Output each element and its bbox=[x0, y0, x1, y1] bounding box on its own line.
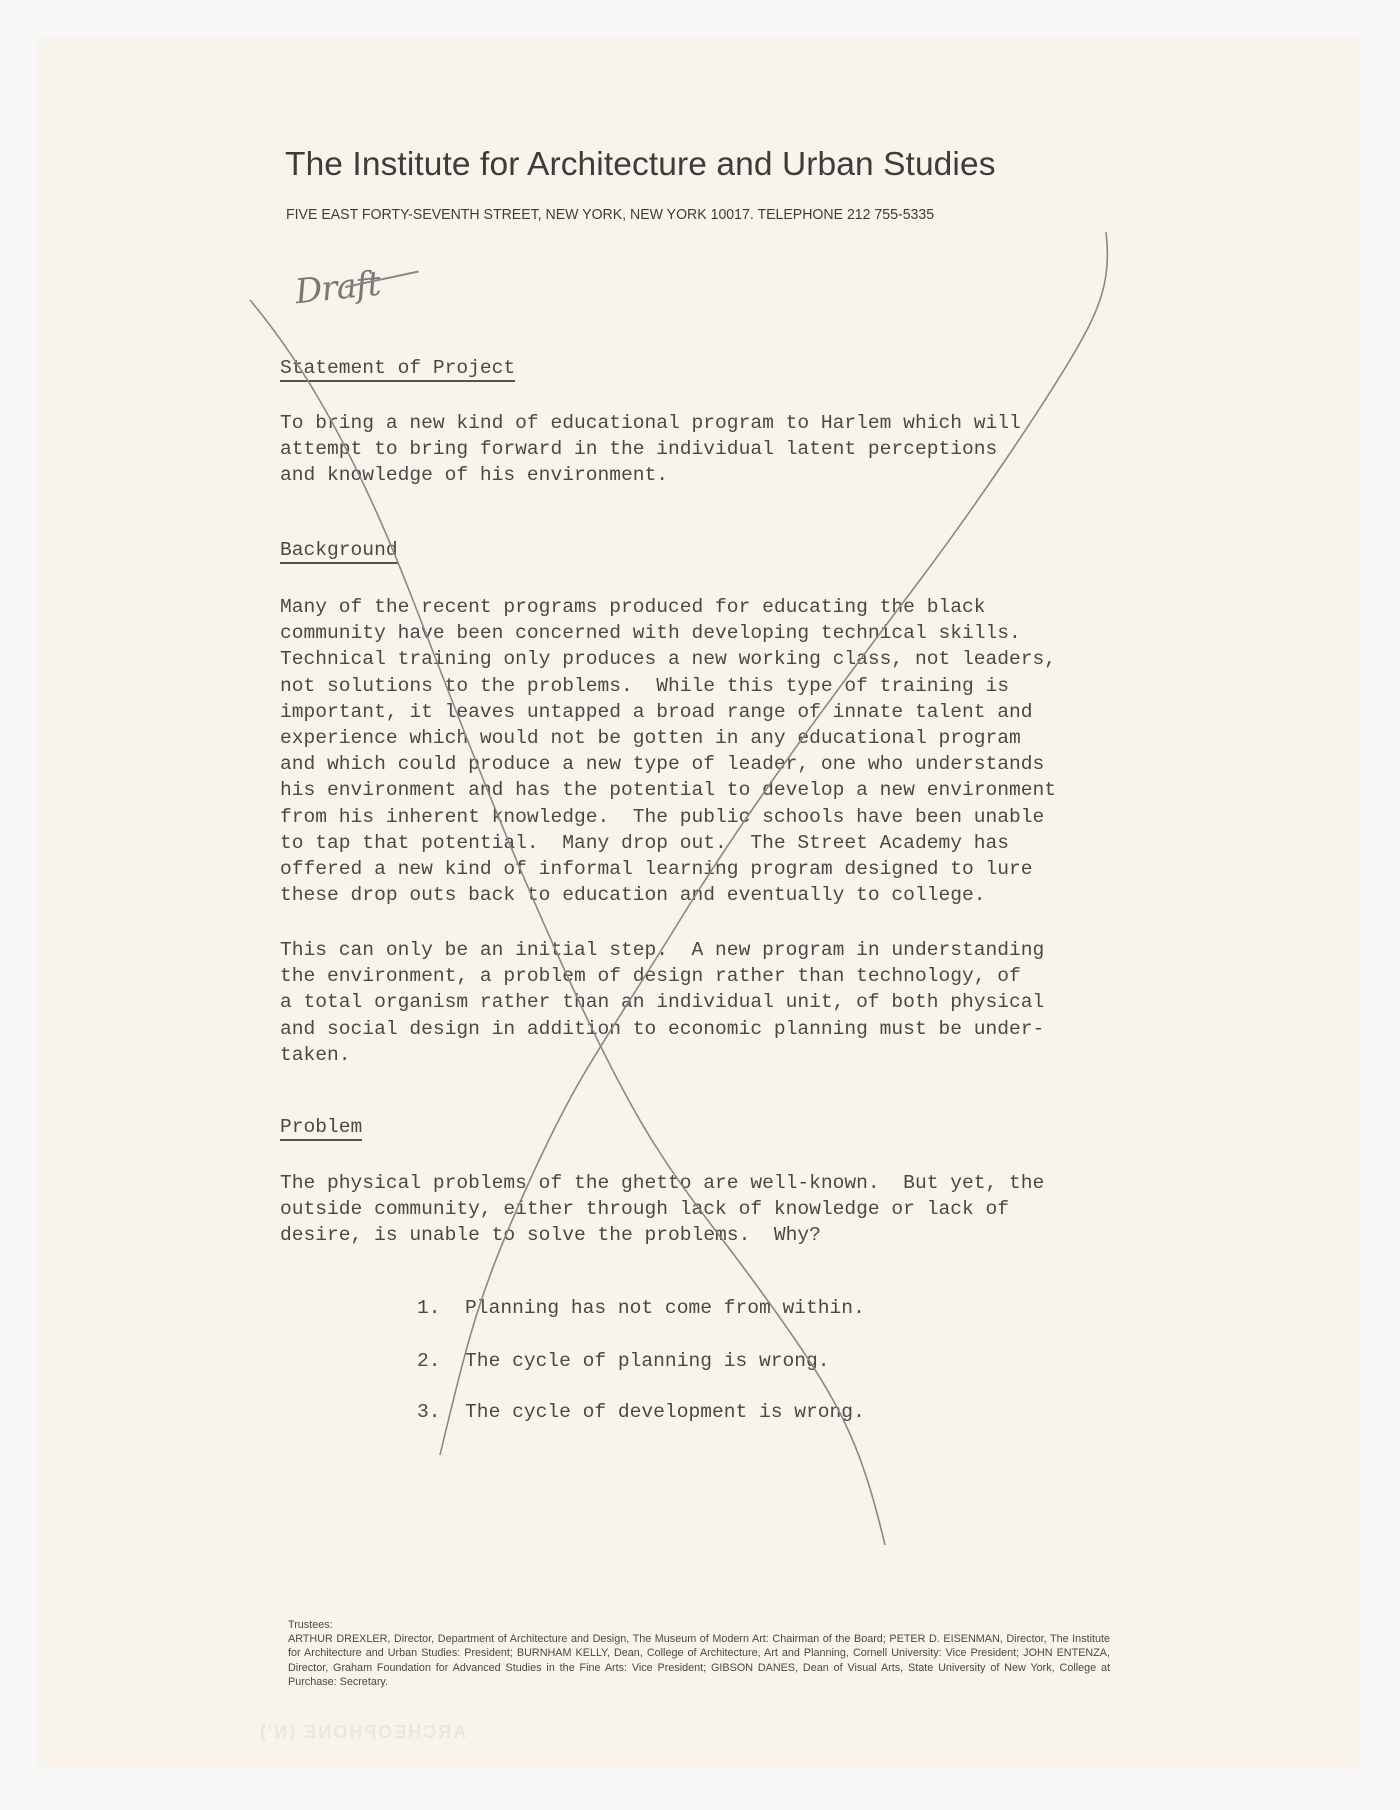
bleed-through-text: ARCHEOPHONE (N') bbox=[258, 1722, 466, 1743]
problem-body: The physical problems of the ghetto are … bbox=[280, 1170, 1044, 1249]
background-paragraph-2: This can only be an initial step. A new … bbox=[280, 937, 1044, 1068]
heading-background: Background bbox=[280, 539, 398, 564]
list-item-number: 1. bbox=[417, 1297, 465, 1319]
statement-body: To bring a new kind of educational progr… bbox=[280, 410, 1021, 489]
list-item-number: 3. bbox=[417, 1401, 465, 1423]
list-item-text: The cycle of development is wrong. bbox=[465, 1401, 865, 1423]
trustees-label: Trustees: bbox=[288, 1618, 1110, 1632]
list-item-number: 2. bbox=[417, 1350, 465, 1372]
heading-statement-of-project: Statement of Project bbox=[280, 357, 515, 382]
trustees-text: ARTHUR DREXLER, Director, Department of … bbox=[288, 1633, 1110, 1688]
letterhead-title: The Institute for Architecture and Urban… bbox=[285, 146, 996, 184]
problem-list: 1.Planning has not come from within. 2.T… bbox=[370, 1275, 394, 1363]
letterhead-address: FIVE EAST FORTY-SEVENTH STREET, NEW YORK… bbox=[286, 206, 934, 223]
background-paragraph-1: Many of the recent programs produced for… bbox=[280, 594, 1056, 908]
heading-problem: Problem bbox=[280, 1116, 362, 1141]
trustees-footer: Trustees: ARTHUR DREXLER, Director, Depa… bbox=[288, 1618, 1110, 1689]
list-item-text: Planning has not come from within. bbox=[465, 1297, 865, 1319]
list-item-text: The cycle of planning is wrong. bbox=[465, 1350, 830, 1372]
list-item: 3.The cycle of development is wrong. bbox=[370, 1379, 865, 1445]
